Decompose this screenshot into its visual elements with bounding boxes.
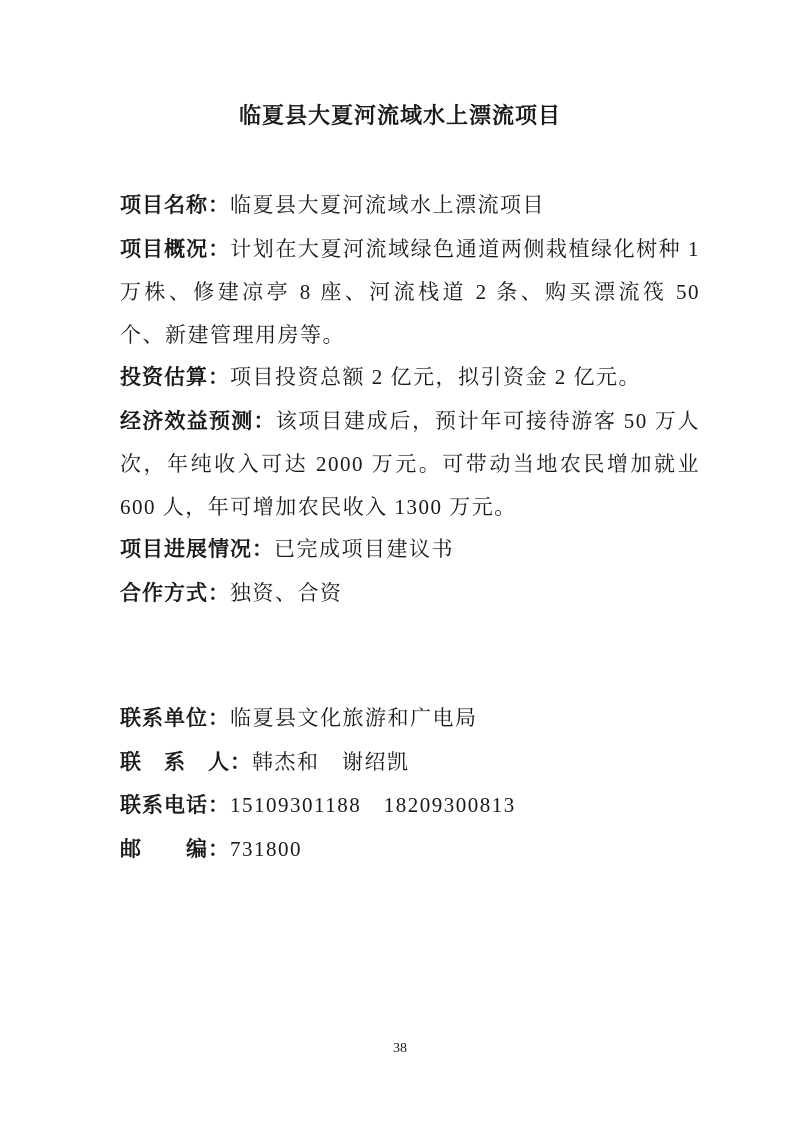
contact-row-unit: 联系单位：临夏县文化旅游和广电局 (120, 697, 700, 741)
field-row-investment-estimate: 投资估算：项目投资总额 2 亿元，拟引资金 2 亿元。 (120, 356, 700, 400)
field-label: 合作方式： (120, 582, 230, 605)
page-number: 38 (0, 1040, 800, 1058)
contact-section: 联系单位：临夏县文化旅游和广电局 联 系 人：韩杰和 谢绍凯 联系电话：1510… (120, 697, 700, 871)
contact-label: 联 系 人： (120, 751, 252, 774)
contact-label: 联系电话： (120, 794, 230, 817)
contact-value: 韩杰和 谢绍凯 (252, 750, 410, 774)
contact-label: 联系单位： (120, 707, 230, 730)
contact-value: 731800 (230, 837, 302, 861)
field-row-economic-benefit: 经济效益预测：该项目建成后，预计年可接待游客 50 万人次，年纯收入可达 200… (120, 400, 700, 529)
field-value: 项目投资总额 2 亿元，拟引资金 2 亿元。 (230, 365, 641, 389)
field-label: 项目进展情况： (120, 538, 274, 561)
field-value: 已完成项目建议书 (274, 537, 454, 561)
field-label: 项目名称： (120, 194, 230, 217)
field-value: 独资、合资 (230, 581, 343, 605)
field-label: 经济效益预测： (120, 410, 276, 433)
field-row-project-name: 项目名称：临夏县大夏河流域水上漂流项目 (120, 184, 700, 228)
field-label: 项目概况： (120, 238, 230, 261)
document-title: 临夏县大夏河流域水上漂流项目 (0, 0, 800, 130)
field-row-project-progress: 项目进展情况：已完成项目建议书 (120, 528, 700, 572)
contact-value: 临夏县文化旅游和广电局 (230, 706, 478, 730)
field-label: 投资估算： (120, 366, 230, 389)
contact-row-postal-code: 邮 编：731800 (120, 828, 700, 872)
field-row-project-overview: 项目概况：计划在大夏河流域绿色通道两侧栽植绿化树种 1 万株、修建凉亭 8 座、… (120, 228, 700, 357)
document-page: 临夏县大夏河流域水上漂流项目 项目名称：临夏县大夏河流域水上漂流项目 项目概况：… (0, 0, 800, 1131)
field-row-cooperation-mode: 合作方式：独资、合资 (120, 572, 700, 616)
field-value: 临夏县大夏河流域水上漂流项目 (230, 193, 545, 217)
contact-value: 15109301188 18209300813 (230, 793, 516, 817)
document-body: 项目名称：临夏县大夏河流域水上漂流项目 项目概况：计划在大夏河流域绿色通道两侧栽… (120, 184, 700, 871)
contact-row-phone: 联系电话：15109301188 18209300813 (120, 784, 700, 828)
contact-label: 邮 编： (120, 838, 230, 861)
contact-row-person: 联 系 人：韩杰和 谢绍凯 (120, 741, 700, 785)
